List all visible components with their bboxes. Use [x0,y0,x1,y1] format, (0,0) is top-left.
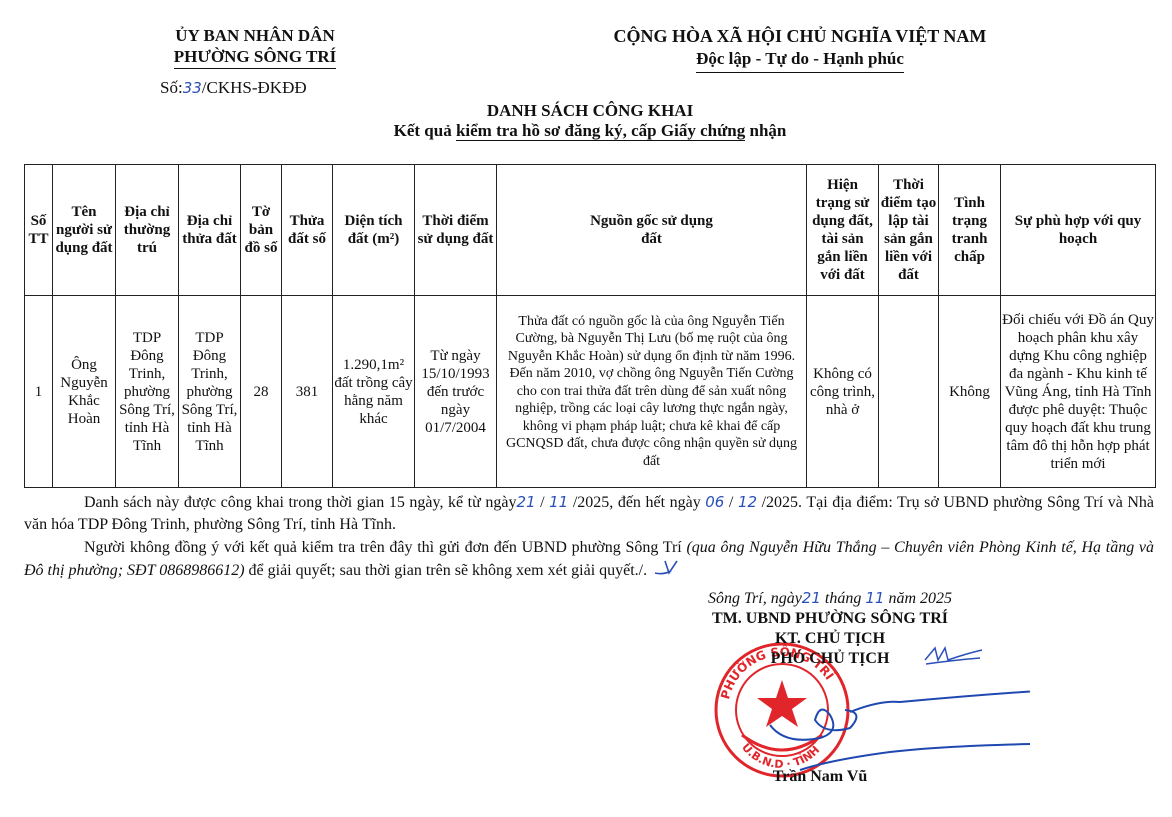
p2-text-a: Người không đồng ý với kết quả kiểm tra … [84,539,686,556]
cell-hien-trang: Không có công trình, nhà ở [807,296,879,488]
title-sub-prefix: Kết quả [394,121,456,140]
to-month-handwritten: 12 [738,493,757,511]
date-month-handwritten: 11 [865,589,884,607]
date-day-handwritten: 21 [802,589,821,607]
col-header: Tờ bản đồ số [241,165,282,296]
signing-org: TM. UBND PHƯỜNG SÔNG TRÍ [660,609,1000,629]
national-line1: CỘNG HÒA XÃ HỘI CHỦ NGHĨA VIỆT NAM [585,25,1015,47]
title-sub-underlined: kiểm tra hồ sơ đăng ký, cấp Giấy chứng [456,121,745,141]
col-header: Sự phù hợp với quy hoạch [1001,165,1156,296]
handwritten-signature-icon [730,640,1030,780]
complaint-paragraph: Người không đồng ý với kết quả kiểm tra … [24,537,1154,582]
title-sub-suffix: nhận [745,121,786,140]
col-header: Hiện trạng sử dụng đất, tài sản gắn liền… [807,165,879,296]
cell-thoi-diem-tao-lap [879,296,939,488]
col-header: Tên người sử dụng đất [53,165,116,296]
p1-year1: /2025, đến hết ngày [573,494,705,511]
col-header: Số TT [25,165,53,296]
cell-thua-dat: 381 [282,296,333,488]
results-table: Số TT Tên người sử dụng đất Địa chỉ thườ… [24,164,1156,488]
signing-date: Sông Trí, ngày21 tháng 11 năm 2025 [660,588,1000,609]
issuer-header: ỦY BAN NHÂN DÂN PHƯỜNG SÔNG TRÍ [100,25,410,69]
p1-text-a: Danh sách này được công khai trong thời … [84,494,516,511]
col-header: Nguồn gốc sử dụng đất [497,165,807,296]
to-day-handwritten: 06 [705,493,724,511]
cell-nguon-goc: Thửa đất có nguồn gốc là của ông Nguyễn … [497,296,807,488]
col-header: Địa chỉ thường trú [116,165,179,296]
col-header: Thời điểm sử dụng đất [415,165,497,296]
cell-thoi-diem: Từ ngày 15/10/1993 đến trước ngày 01/7/2… [415,296,497,488]
document-title: DANH SÁCH CÔNG KHAI Kết quả kiểm tra hồ … [320,101,860,141]
table-header-row: Số TT Tên người sử dụng đất Địa chỉ thườ… [25,165,1156,296]
col-header: Địa chỉ thửa đất [179,165,241,296]
cell-quy-hoach: Đối chiếu với Đồ án Quy hoạch phân khu x… [1001,296,1156,488]
cell-dia-chi-thuong-tru: TDP Đông Trinh, phường Sông Trí, tỉnh Hà… [116,296,179,488]
date-prefix: Sông Trí, ngày [708,590,802,607]
cell-dia-chi-thua-dat: TDP Đông Trinh, phường Sông Trí, tỉnh Hà… [179,296,241,488]
cell-dien-tich: 1.290,1m² đất trồng cây hằng năm khác [333,296,415,488]
issuer-line2: PHƯỜNG SÔNG TRÍ [174,46,336,69]
so-suffix: /CKHS-ĐKĐĐ [202,78,307,97]
col-header: Tình trạng tranh chấp [939,165,1001,296]
document-number: Số:33/CKHS-ĐKĐĐ [160,78,307,98]
cell-tranh-chap: Không [939,296,1001,488]
from-month-handwritten: 11 [549,493,568,511]
so-label: Số: [160,78,183,97]
so-number-handwritten: 33 [183,79,202,97]
table-row: 1 Ông Nguyễn Khắc Hoàn TDP Đông Trinh, p… [25,296,1156,488]
col-header: Thời điểm tạo lập tài sản gắn liền với đ… [879,165,939,296]
cell-to-ban-do: 28 [241,296,282,488]
date-year: năm 2025 [884,590,952,607]
col-header: Thửa đất số [282,165,333,296]
initial-mark-icon [651,559,681,579]
signer-name: Trần Nam Vũ [720,768,920,786]
cell-stt: 1 [25,296,53,488]
title-main: DANH SÁCH CÔNG KHAI [320,101,860,121]
publication-period-paragraph: Danh sách này được công khai trong thời … [24,491,1154,536]
from-day-handwritten: 21 [516,493,535,511]
national-motto: Độc lập - Tự do - Hạnh phúc [696,48,904,73]
issuer-line1: ỦY BAN NHÂN DÂN [100,25,410,46]
date-thang: tháng [821,590,865,607]
cell-ten: Ông Nguyễn Khắc Hoàn [53,296,116,488]
national-header: CỘNG HÒA XÃ HỘI CHỦ NGHĨA VIỆT NAM Độc l… [585,25,1015,73]
p2-text-b: để giải quyết; sau thời gian trên sẽ khô… [245,562,648,579]
title-sub: Kết quả kiểm tra hồ sơ đăng ký, cấp Giấy… [320,121,860,141]
col-header: Diện tích đất (m²) [333,165,415,296]
